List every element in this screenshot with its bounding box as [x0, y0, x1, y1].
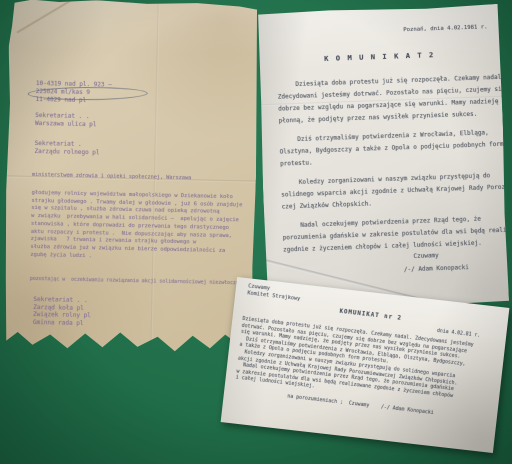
dateline: Poznań, dnia 4.02.1981 r. — [403, 24, 487, 33]
signoff: Czuwamy — [413, 252, 439, 260]
photo-of-documents-on-green-felt: 10-4319 nad pl. 923 —225024 ml/kas 911-4… — [0, 0, 512, 464]
carbon-copy-letter: 10-4319 nad pl. 923 —225024 ml/kas 911-4… — [2, 0, 259, 355]
document-body: Dziesiąta doba protestu już się rozpoczę… — [277, 72, 497, 263]
document-title: K O M U N I K A T 2 — [258, 48, 500, 65]
paragraph-1: Dziesiąta doba protestu już się rozpoczę… — [277, 72, 493, 127]
recipient-block-3: Sekretariat .Zarządu rolnego pl — [34, 140, 99, 157]
closing-line: pozostając w oczekiwaniu rozwiązania akc… — [30, 276, 245, 288]
pen-circle-annotation — [28, 87, 148, 101]
corner-crease — [16, 0, 77, 33]
typewritten-line: Zarządu rolnego pl — [34, 148, 99, 157]
paragraph-2: Dziś otrzymaliśmy potwierdzenia z Wrocła… — [279, 127, 494, 170]
card-dateline: dnia 4.02.81 r. — [437, 329, 481, 339]
komunikat-note-card: CzuwamyKomitet Strajkowy KOMUNIKAT nr 2 … — [221, 277, 510, 453]
paragraph-4: Nadal oczekujemy potwierdzenia przez Rzą… — [282, 213, 497, 256]
signature-block: Sekretariat . .Zarząd koła plZwiązek rol… — [33, 296, 91, 328]
paragraph-3: Koledzy zorganizowani w naszym związku p… — [281, 170, 496, 213]
signature: /-/ Adam Konopacki — [404, 264, 469, 273]
recipient-block-2: Sekretariat . .Warszawa ulica pl — [35, 112, 97, 129]
letter-body: głodujemy rolnicy województwa małopolski… — [30, 190, 239, 264]
typewritten-line: Warszawa ulica pl — [35, 120, 97, 129]
typewritten-line: Gminna rada pl — [33, 319, 91, 328]
subject-line: ministerstwem zdrowia i opieki społeczne… — [32, 172, 191, 182]
komunikat-letter: Poznań, dnia 4.02.1981 r. K O M U N I K … — [257, 4, 509, 312]
